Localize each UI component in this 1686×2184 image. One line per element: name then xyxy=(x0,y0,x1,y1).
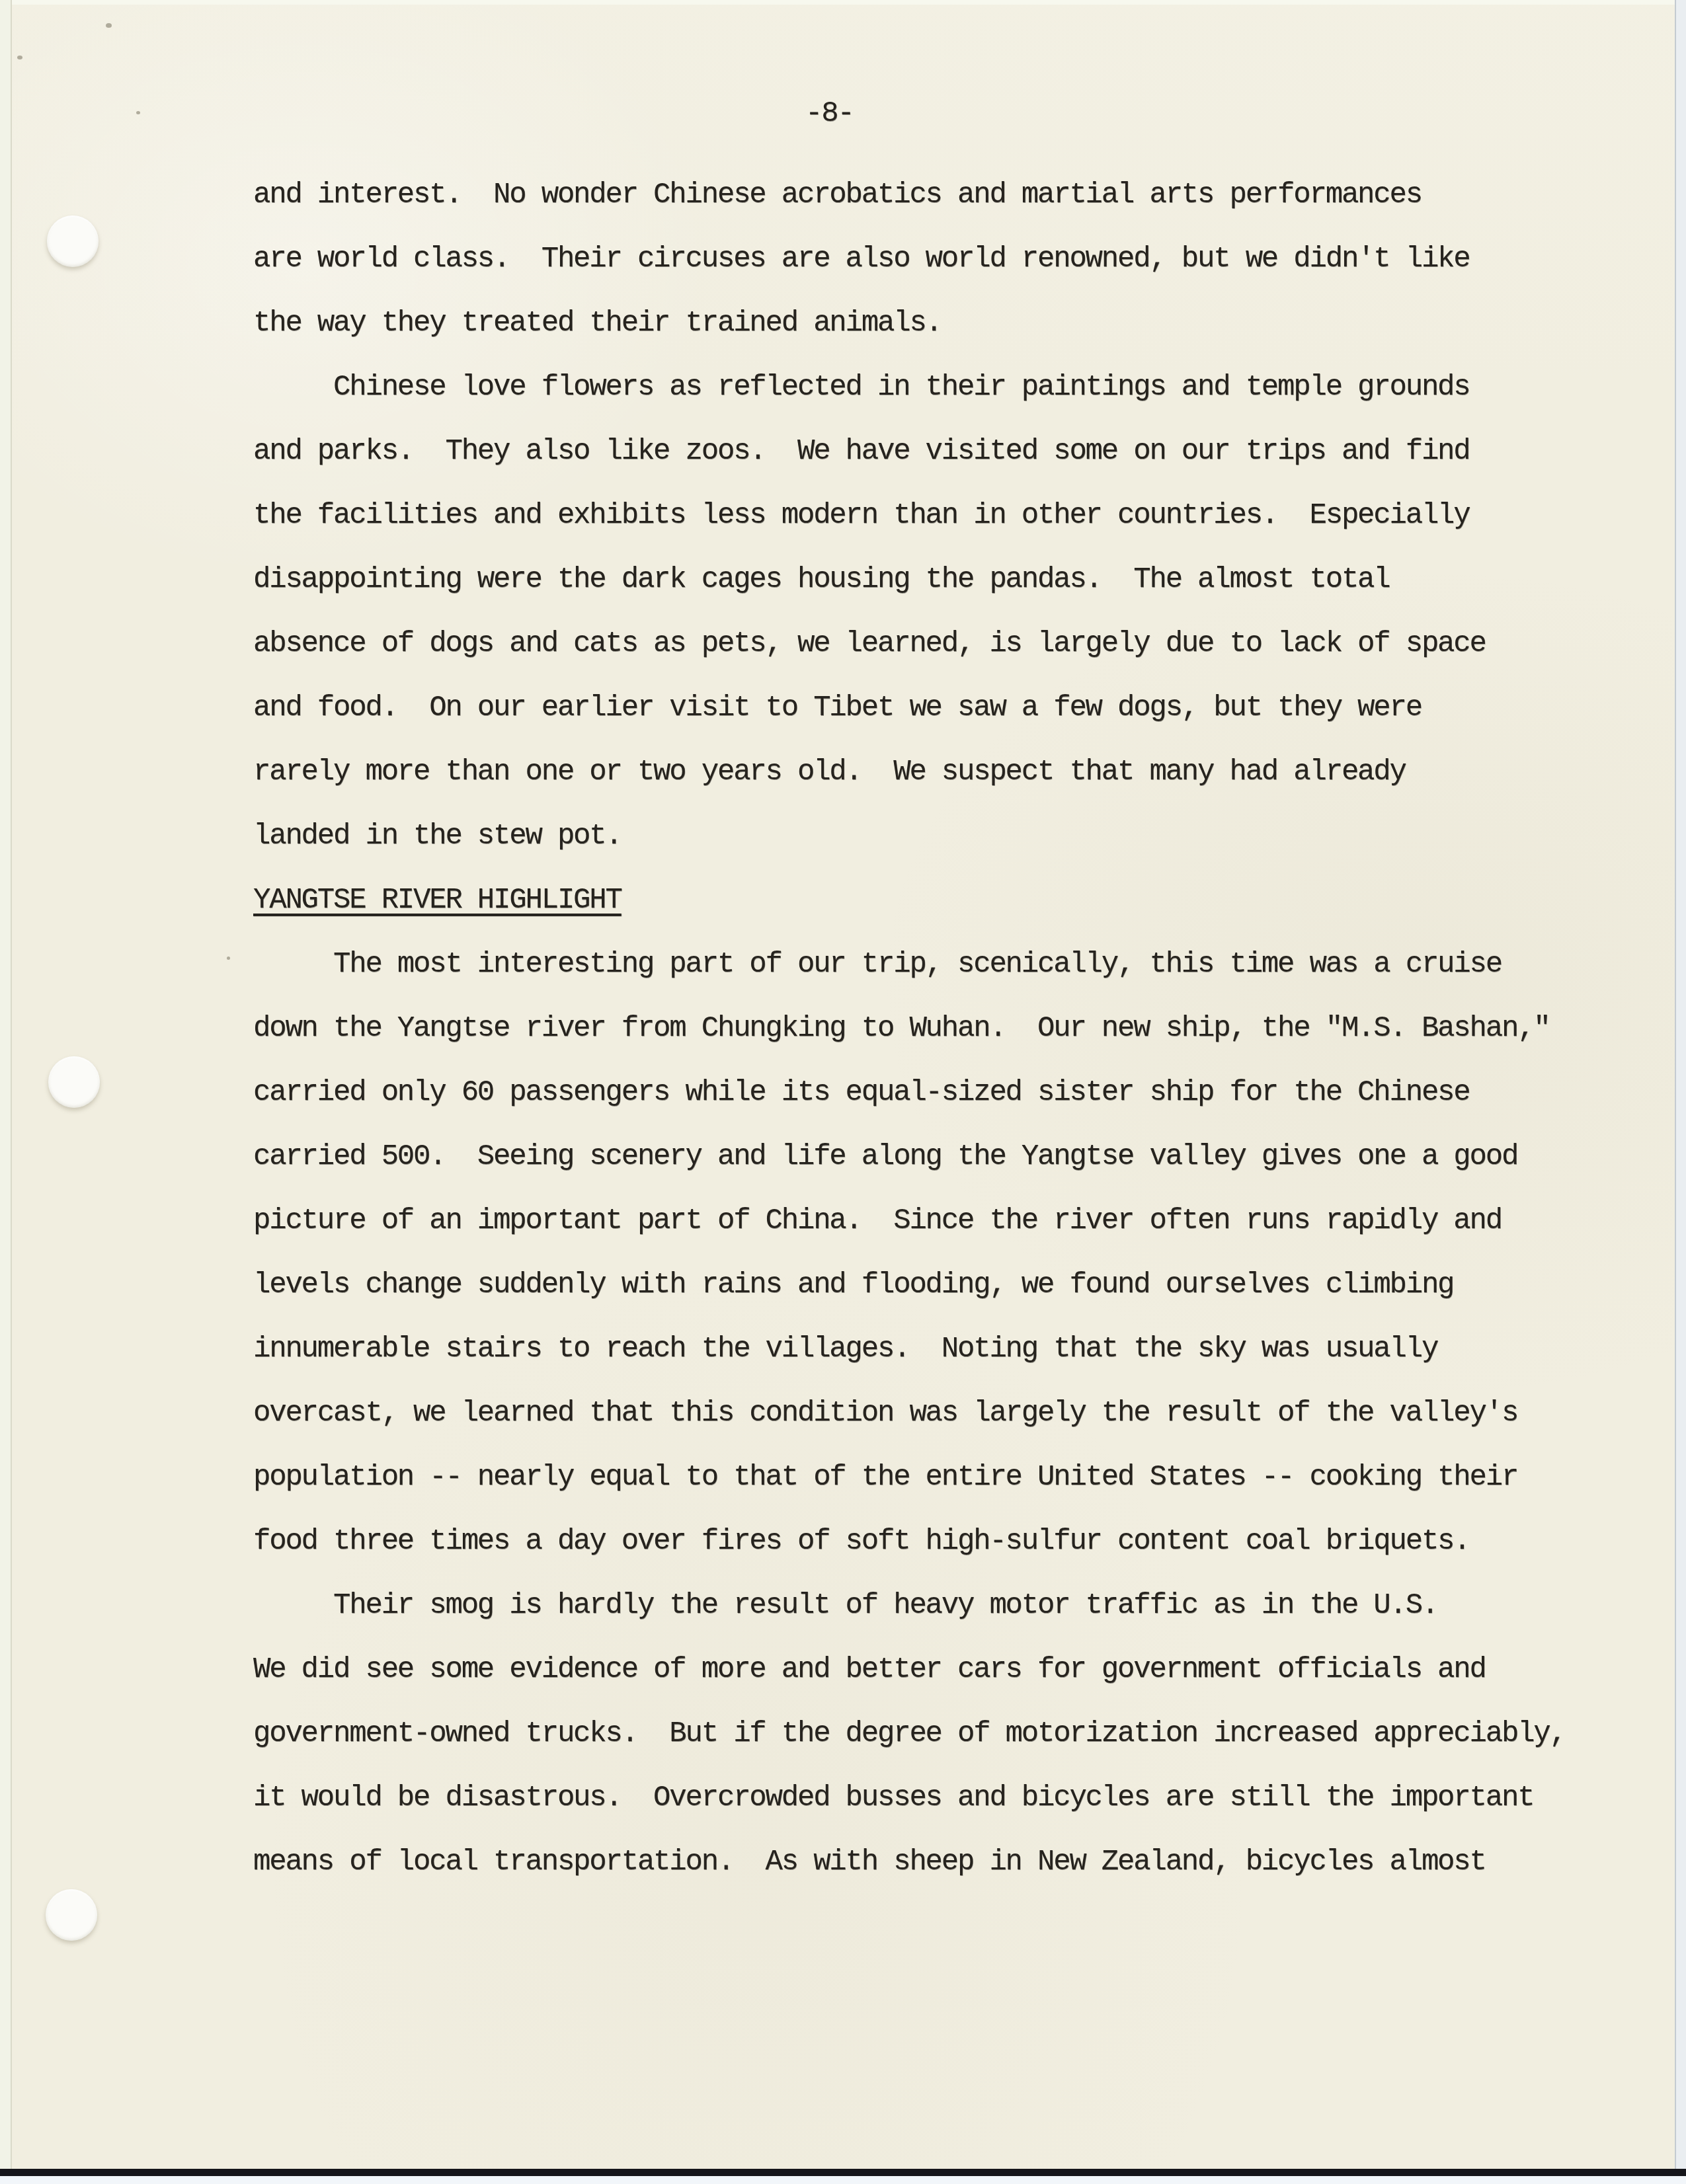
scan-edge-right xyxy=(1675,0,1686,2184)
document-line: down the Yangtse river from Chungking to… xyxy=(253,997,1648,1061)
paper-speck xyxy=(136,111,140,114)
document-line: innumerable stairs to reach the villages… xyxy=(253,1317,1648,1382)
document-line: population -- nearly equal to that of th… xyxy=(253,1446,1648,1510)
section-heading: YANGTSE RIVER HIGHLIGHT xyxy=(253,869,1648,933)
punch-hole xyxy=(46,1889,97,1941)
document-line: food three times a day over fires of sof… xyxy=(253,1510,1648,1574)
scan-edge-top xyxy=(0,0,1686,5)
document-line: We did see some evidence of more and bet… xyxy=(253,1638,1648,1702)
document-line: landed in the stew pot. xyxy=(253,804,1648,869)
document-line: absence of dogs and cats as pets, we lea… xyxy=(253,612,1648,676)
document-page: -8- and interest. No wonder Chinese acro… xyxy=(0,0,1686,2184)
paper-speck xyxy=(17,56,22,59)
document-line: it would be disastrous. Overcrowded buss… xyxy=(253,1766,1648,1830)
document-line: overcast, we learned that this condition… xyxy=(253,1382,1648,1446)
document-line: and food. On our earlier visit to Tibet … xyxy=(253,676,1648,740)
paper-speck xyxy=(106,23,112,28)
punch-hole xyxy=(48,1056,100,1108)
scan-edge-left xyxy=(0,0,12,2184)
document-line: the way they treated their trained anima… xyxy=(253,292,1648,356)
document-line: are world class. Their circuses are also… xyxy=(253,227,1648,292)
paper-speck xyxy=(227,956,230,960)
document-line: levels change suddenly with rains and fl… xyxy=(253,1253,1648,1317)
document-line: means of local transportation. As with s… xyxy=(253,1830,1648,1894)
document-line: rarely more than one or two years old. W… xyxy=(253,740,1648,804)
document-line: The most interesting part of our trip, s… xyxy=(253,933,1648,997)
document-line: Chinese love flowers as reflected in the… xyxy=(253,356,1648,420)
document-line: disappointing were the dark cages housin… xyxy=(253,548,1648,612)
document-line: picture of an important part of China. S… xyxy=(253,1189,1648,1253)
scan-edge-bottom-white xyxy=(0,2176,1686,2184)
document-line: government-owned trucks. But if the degr… xyxy=(253,1702,1648,1766)
scan-edge-bottom-dark xyxy=(0,2169,1686,2176)
document-line: carried only 60 passengers while its equ… xyxy=(253,1061,1648,1125)
document-line: the facilities and exhibits less modern … xyxy=(253,484,1648,548)
document-line: and interest. No wonder Chinese acrobati… xyxy=(253,163,1648,227)
page-number: -8- xyxy=(805,99,854,128)
document-body: and interest. No wonder Chinese acrobati… xyxy=(253,163,1648,1894)
document-line: carried 500. Seeing scenery and life alo… xyxy=(253,1125,1648,1189)
document-line: and parks. They also like zoos. We have … xyxy=(253,420,1648,484)
document-line: Their smog is hardly the result of heavy… xyxy=(253,1574,1648,1638)
punch-hole xyxy=(47,215,99,267)
